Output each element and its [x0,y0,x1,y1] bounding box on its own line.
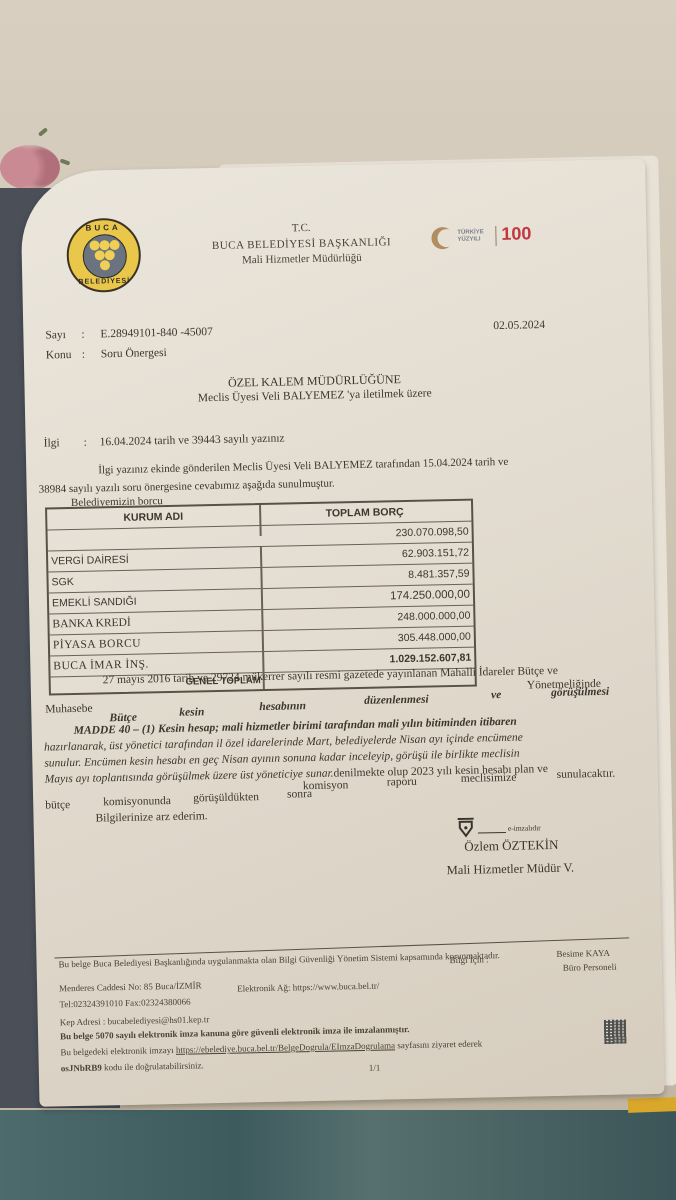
word: ve [491,689,501,701]
verify-line: Bu belgedeki elektronik imzayı https://e… [60,1039,482,1058]
phone-fax: Tel:02324391010 Fax:02324380066 [59,997,190,1010]
konu-label: Konu [46,349,72,362]
grape-emblem-icon [82,234,127,279]
word: görüşülmesi [551,686,609,699]
website[interactable]: Elektronik Ağ: https://www.buca.bel.tr/ [237,981,379,994]
document-page: BUCA BELEDİYESİ T.C. BUCA BELEDİYESİ BAŞ… [20,159,664,1107]
intro-line-2: 38984 sayılı yazılı soru önergesine ceva… [39,477,335,495]
e-imza-label: e-imzalıdır [508,823,541,833]
logo-top-text: BUCA [68,223,138,233]
word: kesin [179,706,204,719]
word: sonra [287,788,312,801]
colon: : [84,437,87,449]
flower-decoration [0,145,60,190]
yuzyil-text: TÜRKİYEYÜZYILI [457,229,484,244]
buca-logo: BUCA BELEDİYESİ [66,217,142,293]
sayi-label: Sayı [45,329,66,341]
document-date: 02.05.2024 [493,319,545,332]
contact-name: Besime KAYA [556,948,610,959]
word: görüşüldükten [193,791,259,804]
ilgi-label: İlgi [44,437,60,449]
word: Muhasebe [45,703,93,716]
verify-code: osJNbRB9 [61,1062,102,1073]
header-tc: T.C. [171,219,431,236]
signature-line [478,832,506,834]
word: raporu [387,776,417,789]
word: sunulacaktır. [557,768,616,781]
konu-value: Soru Önergesi [101,347,167,360]
header-department: Mali Hizmetler Müdürlüğü [172,250,432,267]
bilgi-icin-label: Bilgi İçin : [449,954,488,965]
page-number: 1/1 [369,1063,381,1073]
signer-name: Özlem ÖZTEKİN [464,837,559,855]
qr-code-icon [604,1019,626,1043]
contact-title: Büro Personeli [563,962,617,973]
word: düzenlenmesi [364,694,429,707]
logo-bottom-text: BELEDİYESİ [69,278,139,286]
kep-address: Kep Adresi : bucabelediyesi@hs01.kep.tr [60,1014,210,1027]
word: Bütçe [109,712,137,725]
intro-line-1: İlgi yazınız ekinde gönderilen Meclis Üy… [98,456,508,477]
word: bütçe [45,799,70,812]
address: Menderes Caddesi No: 85 Buca/İZMİR [59,980,202,993]
signer-title: Mali Hizmetler Müdür V. [447,861,575,879]
colon: : [81,329,84,341]
colon: : [82,349,85,361]
esign-note: Bu belge 5070 sayılı elektronik imza kan… [60,1024,410,1041]
sayi-value: E.28949101-840 -45007 [100,326,213,340]
turkiye-yuzyili-logo: TÜRKİYEYÜZYILI 100 [431,223,562,256]
word: hesabının [259,700,306,713]
crescent-icon [431,227,453,249]
yellow-tab [628,1097,676,1113]
debt-table: KURUM ADI TOPLAM BORÇ 230.070.098,50 VER… [45,499,477,696]
fabric-surface [0,1110,676,1200]
ilgi-value: 16.04.2024 tarih ve 39443 sayılı yazınız [100,433,285,449]
word: komisyonunda [103,795,171,808]
hundred-mark: 100 [501,223,531,245]
closing-line: Bilgilerinize arz ederim. [95,810,207,824]
security-note: Bu belge Buca Belediyesi Başkanlığında u… [58,950,499,969]
verify-link[interactable]: https://ebelediye.buca.bel.tr/BelgeDogru… [176,1040,395,1055]
verify-code-line: osJNbRB9 kodu ile doğrulatabilirsiniz. [61,1060,204,1073]
word: meclisimize [461,772,517,785]
e-signature-pen-icon [457,818,475,838]
